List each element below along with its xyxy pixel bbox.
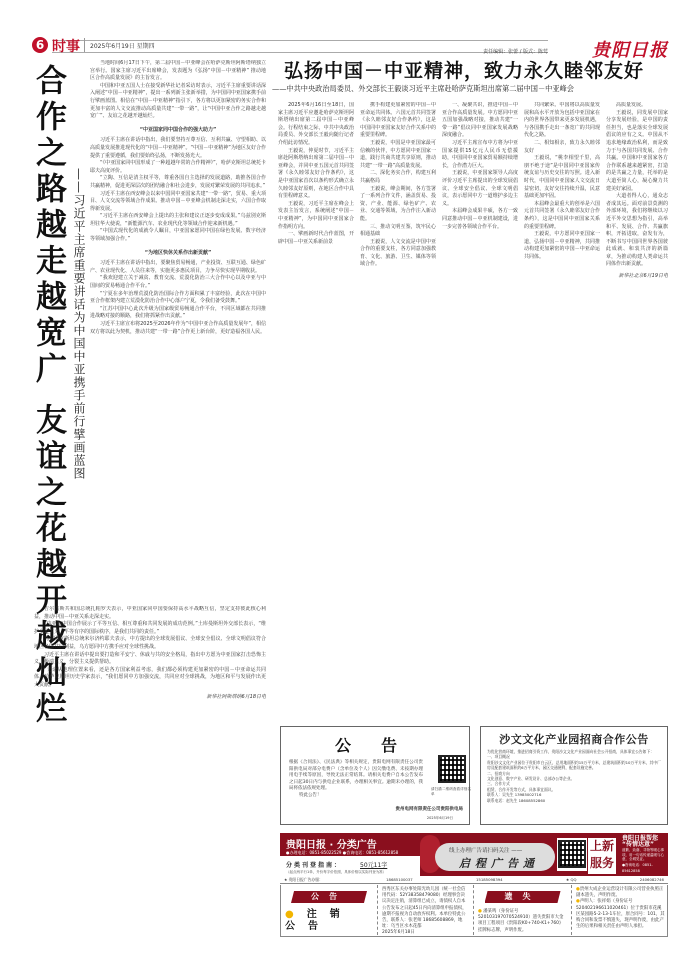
right-article-column-4: 共同繁荣。中国将以高质量发展和高水平开放为包括中亚国家在内的世界各国带来更多发展… [524,102,600,632]
paragraph: “我欢迎建立关于减贫、教育交流、荒漠化防治三大合作中心以及中亚与中国间的贸易畅通… [90,275,266,290]
editor-credits: 责任编辑：张蕾 / 版式：陈莺 [483,48,548,55]
paragraph: 王毅说，同发展中国家分享发展经验，是中国的责任担当，也是落实全球发展倡议的应有之… [606,110,668,194]
lost-tab: 遗失 [485,891,561,903]
paragraph: 二、相知相亲，致力永久睦邻友好 [524,140,600,155]
bullet-icon: ● [285,909,307,920]
paragraph: 习近平主席在讲话中指出，要聚焦贸易畅通，产业投资、互联互通、绿色矿产、农业现代化… [90,260,266,275]
paragraph: 共同繁荣。中国将以高质量发展和高水平开放为包括中亚国家在内的世界各国带来更多发展… [524,102,600,140]
left-article-column-upper: 当地时间6月17日下午，第二届中国－中亚峰会在哈萨克斯坦阿斯塔纳独立宫举行。国家… [90,60,266,600]
page-header: 6 时事 2025年6月19日 星期四 责任编辑：张蕾 / 版式：陈莺 贵阳日报 [32,36,668,54]
paragraph: 王毅说，峰会期间，各方签署了一系列合作文件，涵盖贸易、投资、产业、能源、绿色矿产… [360,186,436,224]
paragraph: 王毅说，中亚国家领导人高度评价习近平主席提出的全球发展倡议、全球安全倡议、全球文… [442,170,518,208]
statement-text: 声明人：张祥娟（身份证号520402196611020461）位于贵阳市花溪区某… [576,899,665,929]
paragraph: 一、凝聚共识，推进中国－中亚合作高质量发展。中方愿同中亚五国加强战略对接，推动共… [442,102,518,140]
header-divider [84,38,85,52]
paragraph: “立陶、互信是清主权平等，尊重各国自主选择的发展道路，助推各国合作共赢精神，促进… [90,175,266,190]
online-ad-promo: 线上办理广告请扫码关注 —— 启程广告通 [435,843,555,871]
classified-col-announcement: 公告 ●注销公告 [281,885,377,935]
paragraph: 本届峰会最重大的创举是六国元首共同签署《永久睦邻友好合作条约》，这是中国同中亚国… [524,201,600,231]
notice-body: 根据《合同法》、《民法典》等相关规定，贵阳电网有限责任公司贵阳供电局对部分电费户… [281,760,431,793]
paragraph: 习近平主席在西安峰会以来中国同中亚国家共建“一带一路”，贸易、重大项目、人文交流… [90,191,266,214]
notice-title: 公告 [293,733,469,756]
lost-notice-body: 潘某鸣（身份证号520103197070524910）遗失贵阳市大金项目工程项目… [478,909,563,933]
subhead: “为地区快休关系作出新贡献” [90,250,266,258]
section-name: 时事 [52,36,80,56]
paragraph: 习近平主席在讲话中提出要打造和平安宁、休戚与共的安全格局，指出中方愿为中亚国家打… [34,652,266,667]
paragraph: “《中亚国家同中国形成了一种超越年常的合作精神》”，哈萨克斯坦总统托卡耶夫高度评… [90,160,266,175]
paragraph: 中国和中亚五国人士在接受新华社记者采访时表示，习近平主席重要讲话深入阐述“中国－… [90,83,266,121]
paragraph: “中国式现代化的成就令人瞩目，中亚国家愿同中国在绿色发展、数字经济等领域加强合作… [90,228,266,243]
right-article-subheadline: ——中共中央政治局委员、外交部长王毅谈习近平主席赴哈萨克斯坦出席第二届中国－中亚… [272,84,574,94]
classified-listings: 公告 ●注销公告 西秀区东关办事处阳光幼儿园（统一社会信用代码：52Y38358… [280,885,668,937]
notice-line: 贵阳沙文文化产业园位于贵阳市白云区，总用地面积约15万平方米，总建筑面积约10万… [487,760,661,771]
contact-qq-label: ★ QQ [566,877,577,882]
classified-qr[interactable] [557,838,587,871]
notice-box-investment: 沙文文化产业园招商合作公告 为优化营商环境，推进招商引资工作，贵阳沙文文化产业园… [480,726,668,825]
promo-line-1: 线上办理广告请扫码关注 —— [449,846,522,854]
contact-phone: 18685100037 [386,877,413,882]
lost-notice: ● 潘某鸣（身份证号520103197070524910）遗失贵阳市大金项目工程… [478,909,567,934]
new-service-badge: 上新服务 [588,838,616,874]
byline: 新华社北京6月19日电 [606,273,668,281]
statement-text: 贵州大成企业运营设计有限公司营业执照正副本遗失，声明作废。 [576,887,663,898]
notice-date: 2025年6月19日 [427,815,453,822]
qr-code-icon[interactable] [438,755,466,783]
contact-label: ★ 贵阳日报广告办服： [284,877,323,883]
announcement-tab: 公告 [291,891,367,903]
header-rule-bottom [52,52,548,53]
paragraph: 2025年6月16日至18日，国家主席习近平应邀赴哈萨克斯坦阿斯塔纳出席第二届中… [278,102,354,148]
classified-logo: 贵阳日报 · 分类广告 [286,836,377,851]
paragraph: 王毅说，中方愿同中亚国家一道，弘扬中国－中亚精神，共同推动构建更加紧密的中国－中… [524,231,600,261]
paragraph: 习近平主席宣布中方将为中亚国家提供15亿元人民币无偿援助，中国同中亚国家贸易额持… [442,140,518,170]
paragraph: “中亚和中国合作展示了平等互信、相互尊重和共同发展的成功范例。”土库曼斯坦外交部… [34,621,266,636]
notice-box-power-bureau: 公告 根据《合同法》、《民法典》等相关规定，贵阳电网有限责任公司贵阳供电局对部分… [280,726,470,825]
qr-caption: 请扫描二维码查看详细名单 [431,787,471,796]
statement-2: ●声明人：张祥娟（身份证号520402196611020461）位于贵阳市花溪区… [576,899,665,930]
cancel-notice-body: 西秀区东关办事处阳光幼儿园（统一社会信用代码：52Y38358479080）经理… [382,887,469,930]
right-article-headline: 弘扬中国－中亚精神，致力永久睦邻友好 [284,56,644,83]
paragraph: 三、推动文明互鉴，筑牢民心相通基础 [360,224,436,239]
paragraph: “习近平主席在西安峰会上提出的主张和建议正逐步变成成果。”乌兹别克斯坦驻华大使说… [90,213,266,228]
classified-col-announcement-body: 西秀区东关办事处阳光幼儿园（统一社会信用代码：52Y38358479080）经理… [377,885,473,935]
paragraph: 二、深化务实合作，构建互利共赢格局 [360,170,436,185]
paragraph: 王毅说，“桃李相望千里，高朋不绝于途”是中国同中亚国家传统友谊与历史交往的写照。… [524,155,600,201]
classified-col-lost: 遗失 ● 潘某鸣（身份证号520103197070524910）遗失贵阳市大金项… [473,885,571,935]
contact-qq: 2406082746 [640,877,664,882]
paragraph: 一、擘画新时代合作蓝图，开辟中国－中亚关系新前景 [278,231,354,246]
statement-1: ●贵州大成企业运营设计有限公司营业执照正副本遗失，声明作废。 [576,887,665,899]
qr-code-icon[interactable] [558,840,586,868]
classified-contacts-row: ★ 贵阳日报广告办服： 18685100037 15185098394 ★ QQ… [280,876,668,884]
classified-ad-banner: 贵阳日报 · 分类广告 ●办理电话：0851-85022529 ●咨询电话：08… [280,833,668,876]
right-article-column-3: 一、凝聚共识，推进中国－中亚合作高质量发展。中方愿同中亚五国加强战略对接，推动共… [442,102,518,632]
paragraph: 携手构建更加紧密的中国－中亚命运共同体。六国元首共同签署《永久睦邻友好合作条约》… [360,102,436,140]
guide-label: 分类刊登指南： [286,860,342,869]
byline: 新华社阿斯塔纳6月18日电 [34,694,266,702]
paragraph: 王毅说，中国是中亚国家最可信赖的伙伴，中方愿同中亚国家一道，践行共商共建共享原则… [360,140,436,170]
issue-date: 2025年6月19日 星期四 [90,41,155,50]
notice-body: 为优化营商环境，推进招商引资工作，贵阳沙文文化产业园面向社会公开招商，具体事宜公… [481,747,667,805]
right-article-column-5: 高质量发展。 王毅说，同发展中国家分享发展经验，是中国的责任担当，也是落实全球发… [606,102,668,662]
classified-col-statements: ●贵州大成企业运营设计有限公司营业执照正副本遗失，声明作废。 ●声明人：张祥娟（… [571,885,669,935]
cancel-notice-title: ●注销公告 [285,909,373,933]
classified-guide: 分类刊登指南： 50元11字 （起点两平行1单，升价每字价依照，具体价格以实际刊… [280,856,420,876]
promo-line-2: 启程广告通 [459,855,539,871]
paragraph: “宁夏在多年治理荒漠化防治国际合作方面积累了丰富经验，此次在中国中亚合作框架内建… [90,291,266,306]
left-article-subheadline: ——习近平主席重要讲话为中国中亚携手前行擘画蓝图 [72,168,86,588]
thanks-phone: ●咨询电话：0851-85612858 [622,862,666,874]
thanks-body: 道歉、致谢、寻物等暖心事项，用一句话传递温暖与心意，全城见证。 [622,848,666,862]
right-article-column-2: 携手构建更加紧密的中国－中亚命运共同体。六国元首共同签署《永久睦邻友好合作条约》… [360,102,436,632]
notice-title: 沙文文化产业园招商合作公告 [481,731,667,747]
paragraph: 习近平主席宣布将2025至2026年作为“中国中亚合作高质量发展年”，相信双方将… [90,321,266,336]
paragraph: 王毅说，习近平主席在峰会上发表主旨发言，系统阐述“中国－中亚精神”，为中国同中亚… [278,201,354,231]
paragraph: 当地时间6月17日下午，第二届中国－中亚峰会在哈萨克斯坦阿斯塔纳独立宫举行。国家… [90,60,266,83]
paragraph: 吉尔吉斯共和国总统扎帕罗夫表示，中亚国家同中国要保持高水平战略互信，坚定支持彼此… [34,606,266,621]
subhead: “中亚国家同中国合作的强大助力” [90,127,266,135]
guide-price: 50元11字 [360,860,387,869]
left-article-column-lower: 吉尔吉斯共和国总统扎帕罗夫表示，中亚国家同中国要保持高水平战略互信，坚定支持彼此… [34,606,266,856]
notice-signature: 贵州电网有限责任公司贵阳供电局 [396,807,464,814]
paragraph: 本届峰会成果丰硕，各方一致同意推动中国－中亚机制建设，进一步完善各领域合作平台。 [442,208,518,231]
paragraph: 大道者得人心，通众志者成其远。面对前景莫测的外部环境，我们将继续以习近平外交思想… [606,193,668,269]
paragraph: 乌兹别克斯坦总统米尔济约耶夫表示，中方提出的全球发展倡议、全球安全倡议、全球文明… [34,636,266,651]
paragraph: “无论从地理位置来看，还是各方国家利益考虑，我们都必须构建更加紧密的中国－中亚命… [34,667,266,690]
cancel-notice-date: 2025年6月18日 [382,930,469,935]
notice-line: 为优化营商环境，推进招商引资工作，贵阳沙文文化产业园面向社会公开招商，具体事宜公… [487,749,661,754]
thanks-service-promo: 贵阳日报帮您 “传情达意” 道歉、致谢、寻物等暖心事项，用一句话传递温暖与心意，… [622,836,666,874]
paragraph: 王毅说，仲夏时节，习近平主席赴阿斯塔纳出席第二届中国－中亚峰会，并同中亚五国元首… [278,148,354,201]
paragraph: 王毅说，人文交流是中国中亚合作的重要支柱，各方同意加强教育、文化、旅游、卫生、媒… [360,239,436,269]
paragraph: 习近平主席在讲话中指出，我们要坚持互尊互信、互利共赢、守望相助、以高质量发展推进… [90,137,266,160]
paragraph: 高质量发展。 [606,102,668,110]
guide-note: （起点两平行1单，升价每字价依照，具体价格以实际刊登为准） [286,870,386,875]
contact-phone: 15185098394 [476,877,503,882]
right-article-column-1: 2025年6月16日至18日，国家主席习近平应邀赴哈萨克斯坦阿斯塔纳出席第二届中… [278,102,354,632]
notice-line: 联系电话：赵先生 18608552860 [487,798,661,803]
paragraph: “江苏中国中心此次升级为国家级贸易畅通合作平台，不同区域都在共同推进战略对接的顺… [90,306,266,321]
page-number-badge: 6 [32,37,48,53]
